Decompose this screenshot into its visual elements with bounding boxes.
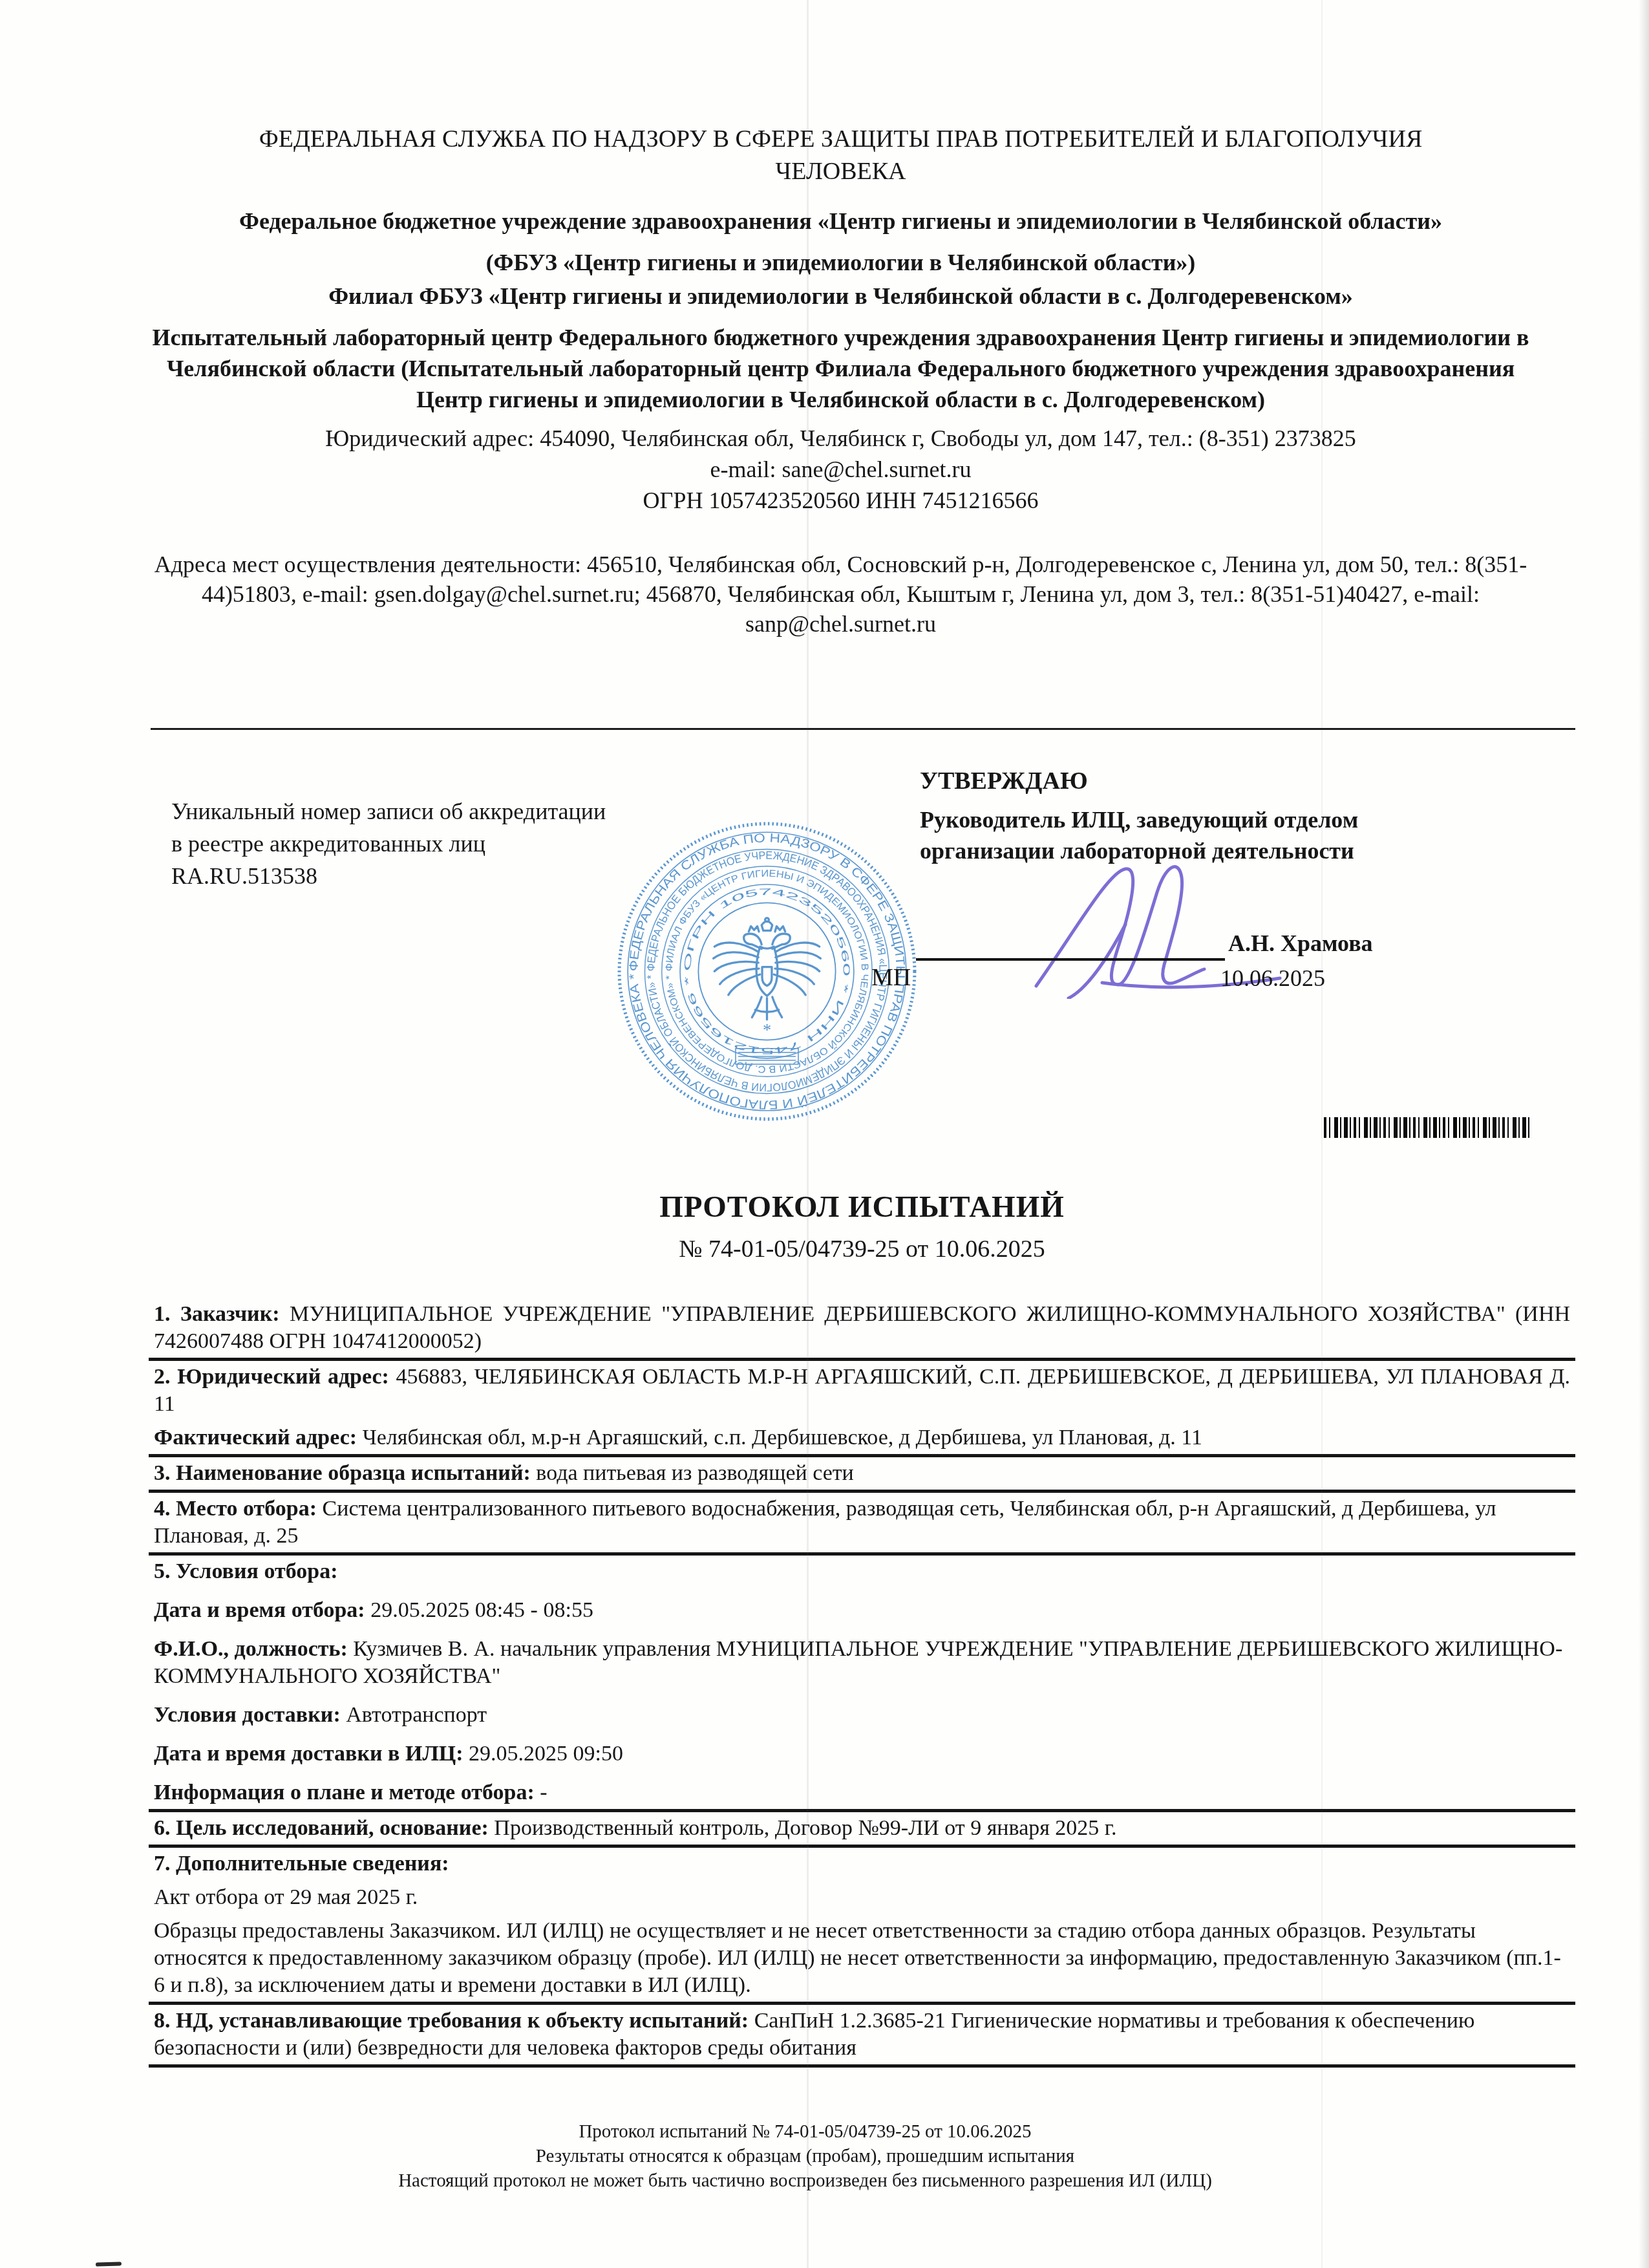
double-eagle-icon <box>714 918 821 1020</box>
seal-ring2-text: ФЕДЕРАЛЬНОЕ БЮДЖЕТНОЕ УЧРЕЖДЕНИЕ ЗДРАВОО… <box>644 849 890 1095</box>
scan-fold-line-left <box>807 0 809 2268</box>
protocol-row-text: 6. Цель исследований, основание: Произво… <box>154 1815 1570 1842</box>
scan-fold-line-right <box>1321 0 1323 2268</box>
header-separator-line <box>151 728 1575 730</box>
protocol-row-text: 1. Заказчик: МУНИЦИПАЛЬНОЕ УЧРЕЖДЕНИЕ "У… <box>154 1301 1570 1355</box>
branch-name: Филиал ФБУЗ «Центр гигиены и эпидемиолог… <box>116 281 1565 312</box>
protocol-row-text: 7. Дополнительные сведения: <box>154 1850 1570 1878</box>
protocol-row-text: Дата и время доставки в ИЛЦ: 29.05.2025 … <box>154 1740 1570 1768</box>
protocol-row-customer: 1. Заказчик: МУНИЦИПАЛЬНОЕ УЧРЕЖДЕНИЕ "У… <box>149 1298 1575 1361</box>
footer-protocol-ref: Протокол испытаний № 74-01-05/04739-25 о… <box>0 2119 1610 2144</box>
approver-role-line1: Руководитель ИЛЦ, заведующий отделом <box>920 804 1579 835</box>
approval-date: 10.06.2025 <box>1220 965 1325 992</box>
federal-service-name: ФЕДЕРАЛЬНАЯ СЛУЖБА ПО НАДЗОРУ В СФЕРЕ ЗА… <box>195 123 1487 187</box>
protocol-row-sampling-place: 4. Место отбора: Система централизованно… <box>149 1493 1575 1556</box>
activity-addresses: Адреса мест осуществления деятельности: … <box>116 550 1565 639</box>
document-header: ФЕДЕРАЛЬНАЯ СЛУЖБА ПО НАДЗОРУ В СФЕРЕ ЗА… <box>116 123 1565 639</box>
footer-copy-restriction: Настоящий протокол не может быть частичн… <box>0 2168 1610 2193</box>
svg-text:ФИЛИАЛ ФБУЗ «ЦЕНТР ГИГИЕНЫ И Э: ФИЛИАЛ ФБУЗ «ЦЕНТР ГИГИЕНЫ И ЭПИДЕМИОЛОГ… <box>664 868 870 1075</box>
protocol-row-sampling-conditions: 5. Условия отбора:Дата и время отбора: 2… <box>149 1556 1575 1812</box>
protocol-row-normative-docs: 8. НД, устанавливающие требования к объе… <box>149 2005 1575 2068</box>
protocol-row-text: Дата и время отбора: 29.05.2025 08:45 - … <box>154 1597 1570 1624</box>
protocol-number-line: № 74-01-05/04739-25 от 10.06.2025 <box>149 1235 1575 1263</box>
protocol-row-text: 4. Место отбора: Система централизованно… <box>154 1495 1570 1550</box>
protocol-row-sample-name: 3. Наименование образца испытаний: вода … <box>149 1457 1575 1493</box>
footer-results-note: Результаты относятся к образцам (пробам)… <box>0 2144 1610 2168</box>
stamp-place-label: МП <box>871 963 911 992</box>
scan-artifact-dash <box>96 2262 122 2266</box>
barcode <box>1324 1117 1532 1138</box>
approver-name: А.Н. Храмова <box>1228 930 1373 957</box>
protocol-row-text: Акт отбора от 29 мая 2025 г. <box>154 1884 1570 1911</box>
ogrn-inn-line: ОГРН 1057423520560 ИНН 7451216566 <box>116 485 1565 516</box>
protocol-row-text: Фактический адрес: Челябинская обл, м.р-… <box>154 1424 1570 1451</box>
protocol-title-block: ПРОТОКОЛ ИСПЫТАНИЙ № 74-01-05/04739-25 о… <box>149 1190 1575 1263</box>
seal-star: * <box>763 1021 771 1040</box>
approval-block: УТВЕРЖДАЮ Руководитель ИЛЦ, заведующий о… <box>920 767 1579 866</box>
protocol-row-text: Ф.И.О., должность: Кузмичев В. А. началь… <box>154 1636 1570 1690</box>
protocol-row-text: Информация о плане и методе отбора: - <box>154 1779 1570 1806</box>
approval-title: УТВЕРЖДАЮ <box>920 767 1579 795</box>
seal-ring3-text: ФИЛИАЛ ФБУЗ «ЦЕНТР ГИГИЕНЫ И ЭПИДЕМИОЛОГ… <box>664 868 870 1075</box>
protocol-row-text: 2. Юридический адрес: 456883, ЧЕЛЯБИНСКА… <box>154 1364 1570 1418</box>
protocol-row-text: 8. НД, устанавливающие требования к объе… <box>154 2007 1570 2062</box>
protocol-row-text: 5. Условия отбора: <box>154 1558 1570 1585</box>
protocol-row-text: Условия доставки: Автотранспорт <box>154 1702 1570 1729</box>
svg-text:ФЕДЕРАЛЬНОЕ БЮДЖЕТНОЕ УЧРЕЖДЕН: ФЕДЕРАЛЬНОЕ БЮДЖЕТНОЕ УЧРЕЖДЕНИЕ ЗДРАВОО… <box>644 849 890 1095</box>
protocol-row-text: 3. Наименование образца испытаний: вода … <box>154 1460 1570 1487</box>
legal-address-line: Юридический адрес: 454090, Челябинская о… <box>116 423 1565 454</box>
signature-line <box>916 958 1225 961</box>
protocol-row-additional-info: 7. Дополнительные сведения:Акт отбора от… <box>149 1848 1575 2005</box>
page-footer: Протокол испытаний № 74-01-05/04739-25 о… <box>0 2119 1610 2193</box>
organization-full-name: Федеральное бюджетное учреждение здравоо… <box>116 206 1565 237</box>
scanned-protocol-page: ФЕДЕРАЛЬНАЯ СЛУЖБА ПО НАДЗОРУ В СФЕРЕ ЗА… <box>0 0 1649 2268</box>
protocol-title: ПРОТОКОЛ ИСПЫТАНИЙ <box>149 1190 1575 1225</box>
email-line: e-mail: sane@chel.surnet.ru <box>116 454 1565 485</box>
lab-center-name: Испытательный лабораторный центр Федерал… <box>143 322 1539 415</box>
organization-short-name: (ФБУЗ «Центр гигиены и эпидемиологии в Ч… <box>116 247 1565 278</box>
protocol-row-legal-address: 2. Юридический адрес: 456883, ЧЕЛЯБИНСКА… <box>149 1361 1575 1457</box>
protocol-row-text: Образцы предоставлены Заказчиком. ИЛ (ИЛ… <box>154 1918 1570 1999</box>
scan-edge-shadow <box>1639 0 1649 2268</box>
protocol-table: 1. Заказчик: МУНИЦИПАЛЬНОЕ УЧРЕЖДЕНИЕ "У… <box>149 1298 1575 2068</box>
protocol-row-purpose: 6. Цель исследований, основание: Произво… <box>149 1812 1575 1848</box>
